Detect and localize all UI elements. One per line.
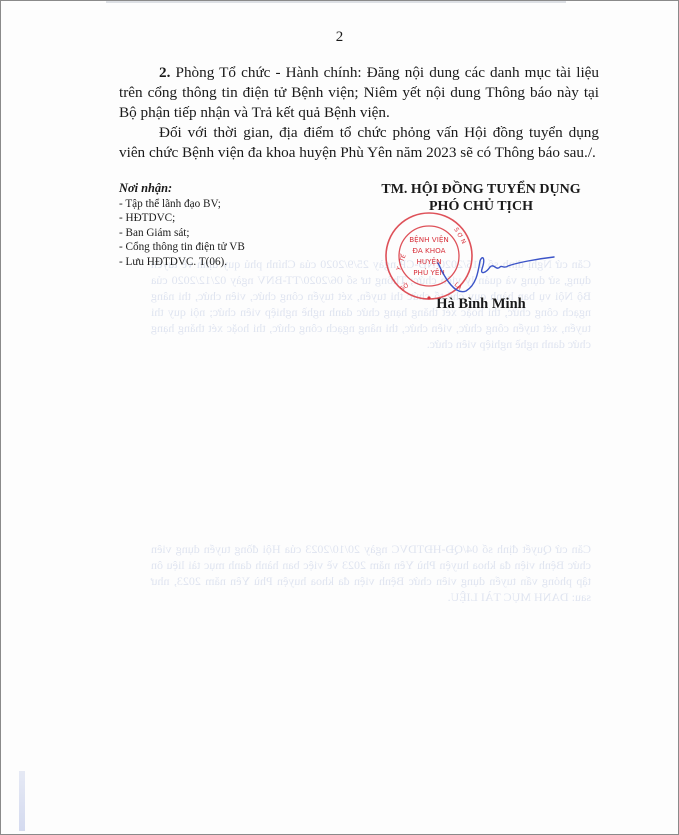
svg-text:SỞ: SỞ: [399, 281, 411, 293]
item-2-text: Phòng Tổ chức - Hành chính: Đăng nội dun…: [119, 64, 599, 121]
recipient-item: - Lưu HĐTDVC. T(06).: [119, 255, 245, 270]
signature-block: TM. HỘI ĐỒNG TUYỂN DỤNG PHÓ CHỦ TỊCH Hà …: [361, 181, 601, 215]
closing-paragraph: Đối với thời gian, địa điểm tổ chức phỏn…: [119, 123, 599, 163]
svg-text:S Ơ N: S Ơ N: [452, 227, 467, 246]
svg-text:Y · TẾ: Y · TẾ: [394, 253, 408, 273]
show-through-text: Căn cứ Quyết định số 04/QĐ-HĐTDVC ngày 2…: [151, 541, 591, 605]
page-number: 2: [1, 29, 678, 46]
handwritten-signature-icon: [436, 251, 556, 301]
svg-text:BỆNH VIỆN: BỆNH VIỆN: [409, 235, 449, 244]
signing-organization: TM. HỘI ĐỒNG TUYỂN DỤNG: [361, 181, 601, 198]
recipient-item: - Tập thể lãnh đạo BV;: [119, 197, 245, 212]
document-page: Căn cứ Nghị định số 115/2020/NĐ-CP ngày …: [0, 0, 679, 835]
recipient-item: - Ban Giám sát;: [119, 226, 245, 241]
scan-edge-mark: [19, 771, 25, 831]
recipient-item: - HĐTDVC;: [119, 211, 245, 226]
scan-edge-line: [106, 1, 566, 3]
recipients-title: Nơi nhận:: [119, 181, 245, 196]
recipient-item: - Cổng thông tin điện tử VB: [119, 240, 245, 255]
recipients-block: Nơi nhận: - Tập thể lãnh đạo BV; - HĐTDV…: [119, 181, 245, 269]
item-2-paragraph: 2. Phòng Tổ chức - Hành chính: Đăng nội …: [119, 63, 599, 123]
item-2-number: 2.: [159, 64, 170, 81]
